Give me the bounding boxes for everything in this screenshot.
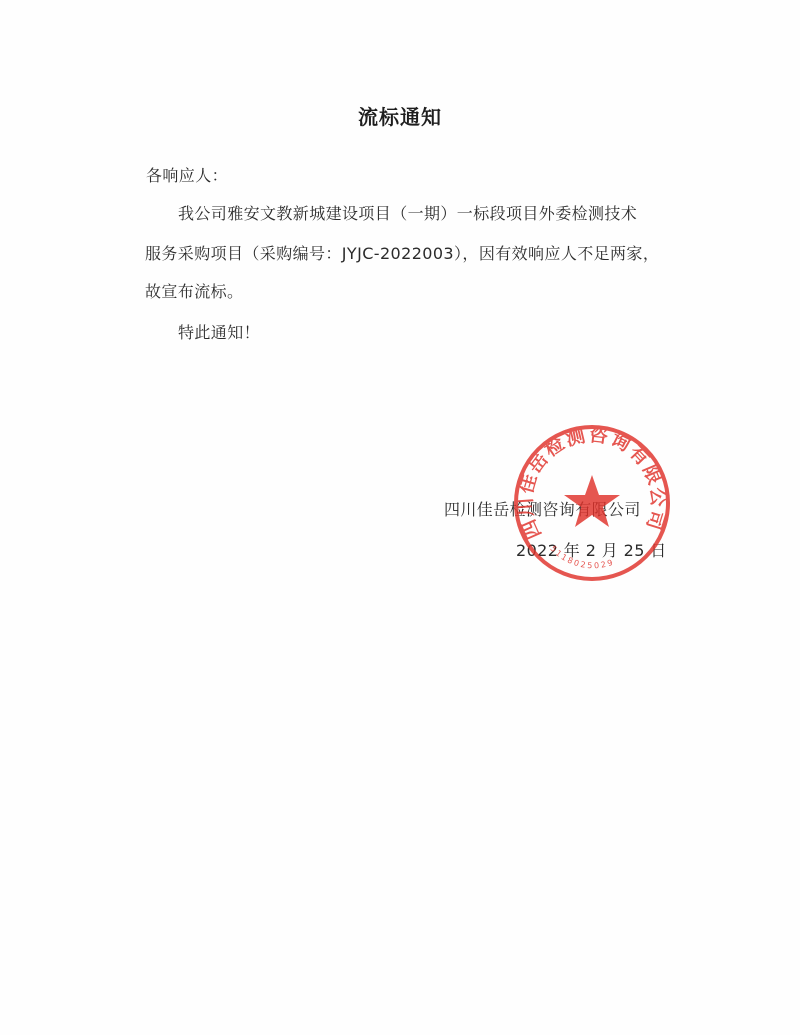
body-line-3: 故宣布流标。: [145, 279, 243, 302]
signer-company: 四川佳岳检测咨询有限公司: [444, 497, 641, 520]
closing-text: 特此通知！: [178, 320, 260, 343]
svg-text:四川佳岳检测咨询有限公司: 四川佳岳检测咨询有限公司: [514, 423, 669, 542]
document-title: 流标通知: [0, 101, 800, 130]
salutation: 各响应人：: [146, 163, 228, 186]
seal-ring-text: 四川佳岳检测咨询有限公司: [514, 423, 669, 542]
body-line-1: 我公司雅安文教新城建设项目（一期）一标段项目外委检测技术: [178, 201, 637, 224]
body-line-2: 服务采购项目（采购编号：JYJC-2022003），因有效响应人不足两家，: [145, 241, 659, 264]
document-page: 流标通知 各响应人： 我公司雅安文教新城建设项目（一期）一标段项目外委检测技术 …: [0, 0, 800, 1035]
signature-date: 2022 年 2 月 25 日: [516, 538, 667, 561]
